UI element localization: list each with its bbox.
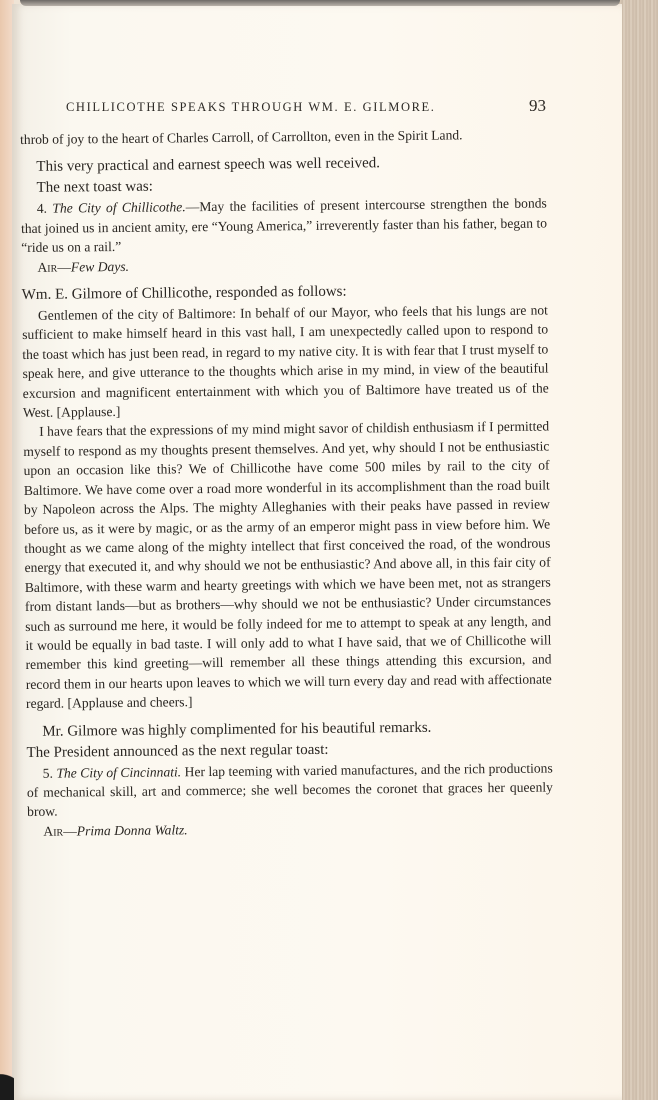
- page-number: 93: [529, 96, 546, 116]
- toast-number: 4.: [37, 201, 47, 216]
- air-label: Air: [43, 823, 63, 838]
- page-body: throb of joy to the heart of Charles Car…: [20, 124, 553, 841]
- speech-paragraph-2: I have fears that the expressions of my …: [23, 417, 552, 714]
- toast-4: 4. The City of Chillicothe.—May the faci…: [21, 194, 548, 258]
- air-label: Air: [37, 259, 57, 274]
- continuation-paragraph: throb of joy to the heart of Charles Car…: [20, 124, 546, 149]
- toast-title: The City of Cincinnati.: [56, 764, 181, 780]
- speech-paragraph-1: Gentlemen of the city of Baltimore: In b…: [22, 301, 549, 423]
- toast-5: 5. The City of Cincinnati. Her lap teemi…: [27, 758, 554, 822]
- scanner-corner: [0, 1060, 14, 1100]
- running-header: CHILLICOTHE SPEAKS THROUGH WM. E. GILMOR…: [66, 96, 546, 116]
- air-title: Few Days.: [71, 258, 129, 274]
- running-title: CHILLICOTHE SPEAKS THROUGH WM. E. GILMOR…: [66, 100, 436, 115]
- toast-title: The City of Chillicothe.: [52, 200, 186, 216]
- toast-number: 5.: [43, 765, 53, 780]
- air-title: Prima Donna Waltz.: [77, 822, 188, 838]
- top-shadow: [20, 0, 620, 6]
